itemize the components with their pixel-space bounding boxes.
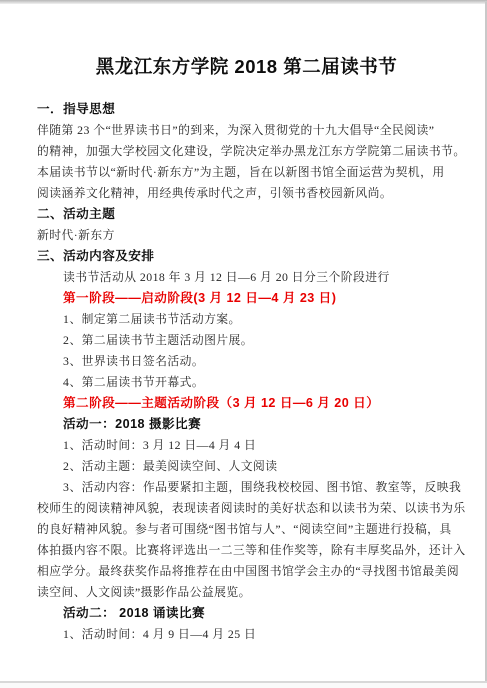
text-schedule-overview: 读书节活动从 2018 年 3 月 12 日—6 月 20 日分三个阶段进行	[37, 267, 456, 288]
document-page: 黑龙江东方学院 2018 第二届读书节 一．指导思想 伴随第 23 个“世界读书…	[0, 0, 487, 688]
list-item-activity1-theme: 2、活动主题：最美阅读空间、人文阅读	[37, 456, 456, 477]
list-item-activity1-content: 3、活动内容：作品要紧扣主题，围绕我校校园、图书馆、教室等，反映我	[37, 477, 456, 498]
para-guiding-ideology-line: 阅读涵养文化精神，用经典传承时代之声，引领书香校园新风尚。	[37, 183, 456, 204]
para-activity1-line: 相应学分。最终获奖作品将推荐在由中国图书馆学会主办的“寻找图书馆最美阅	[37, 561, 456, 582]
text-activity-theme: 新时代·新东方	[37, 225, 456, 246]
list-item-activity1-time: 1、活动时间：3 月 12 日—4 月 4 日	[37, 435, 456, 456]
heading-activity2-recitation: 活动二： 2018 诵读比赛	[37, 603, 456, 624]
list-item-stage1: 1、制定第二届读书节活动方案。	[37, 309, 456, 330]
document-content: 黑龙江东方学院 2018 第二届读书节 一．指导思想 伴随第 23 个“世界读书…	[37, 0, 456, 645]
document-title: 黑龙江东方学院 2018 第二届读书节	[37, 55, 456, 79]
para-activity1-line: 体拍摄内容不限。比赛将评选出一二三等和佳作奖等，除有丰厚奖品外，还计入	[37, 540, 456, 561]
heading-stage2: 第二阶段——主题活动阶段（3 月 12 日—6 月 20 日）	[37, 393, 456, 414]
heading-activity-content: 三、活动内容及安排	[37, 246, 456, 267]
list-item-activity2-time: 1、活动时间：4 月 9 日—4 月 25 日	[37, 624, 456, 645]
list-item-stage1: 4、第二届读书节开幕式。	[37, 372, 456, 393]
page-top-edge	[0, 0, 487, 4]
list-item-stage1: 2、第二届读书节主题活动图片展。	[37, 330, 456, 351]
para-activity1-line: 的良好精神风貌。参与者可围绕“图书馆与人”、“阅读空间”主题进行投稿，具	[37, 519, 456, 540]
para-guiding-ideology-line: 本届读书节以“新时代·新东方”为主题，旨在以新图书馆全面运营为契机，用	[37, 162, 456, 183]
para-activity1-line: 校师生的阅读精神风貌，表现读者阅读时的美好状态和以读书为荣、以读书为乐	[37, 498, 456, 519]
heading-guiding-ideology: 一．指导思想	[37, 99, 456, 120]
para-activity1-line: 读空间、人文阅读”摄影作品公益展览。	[37, 582, 456, 603]
page-background	[0, 683, 487, 688]
heading-activity1-photography: 活动一：2018 摄影比赛	[37, 414, 456, 435]
para-guiding-ideology-line: 伴随第 23 个“世界读书日”的到来，为深入贯彻党的十九大倡导“全民阅读”	[37, 120, 456, 141]
list-item-stage1: 3、世界读书日签名活动。	[37, 351, 456, 372]
para-guiding-ideology-line: 的精神，加强大学校园文化建设，学院决定举办黑龙江东方学院第二届读书节。	[37, 141, 456, 162]
heading-stage1: 第一阶段——启动阶段(3 月 12 日—4 月 23 日)	[37, 288, 456, 309]
heading-activity-theme: 二、活动主题	[37, 204, 456, 225]
